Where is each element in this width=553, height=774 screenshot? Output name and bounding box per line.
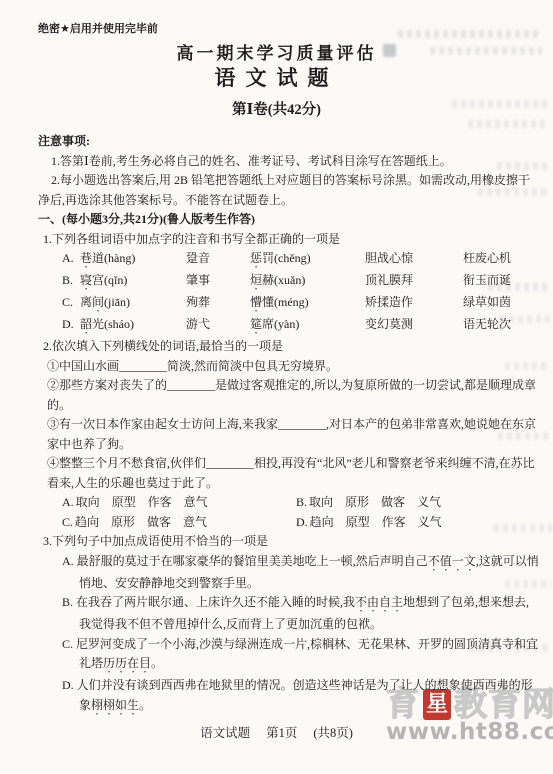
option-label: D. [296, 515, 308, 529]
q1-option-row-a: A. 巷道(hàng) 跫音 惩罚(chěng) 胆战心惊 枉废心机 [62, 249, 539, 271]
q3-stem: 3.下列句子中加点成语使用不恰当的一项是 [43, 532, 539, 552]
q1-option-row-d: D. 韶光(sháo) 游弋 筵席(yàn) 变幻莫测 语无轮次 [62, 315, 539, 337]
footer-doc-title: 语文试题 [200, 726, 250, 740]
q2-option-c: C.趋向 原形 做客 意气 [62, 513, 296, 533]
option-sentence: 人们并没有谈到西西弗在地狱里的情况。创造这些神话是为了让人的想象使西西弗的形象栩… [77, 678, 533, 712]
exam-title: 高一期末学习质量评估 [38, 44, 515, 64]
q1-word: 殉葬 [186, 293, 250, 315]
q1-word: 惩罚(chěng) [250, 249, 365, 271]
option-words: 趋向 原形 做客 意气 [75, 515, 207, 529]
q1-word: 枉废心机 [463, 249, 539, 271]
q1-word: 肇事 [186, 271, 250, 293]
option-label: B. [296, 495, 307, 509]
option-sentence: 在我吞了两片眠尔通、上床许久还不能入睡的时候,我不由自主地想到了包弟,想来想去,… [76, 595, 529, 631]
q1-word: 游弋 [186, 315, 250, 337]
option-sentence: 尼罗河变成了一个小海,沙漠与绿洲连成一片,棕榈林、无花果林、开罗的圆顶清真寺和宜… [76, 637, 538, 671]
q1-word: 矫揉造作 [365, 293, 463, 315]
q1-word: 胆战心惊 [365, 249, 463, 271]
q1-word: 语无轮次 [463, 315, 539, 337]
option-label: A. [62, 554, 74, 568]
q1-option-row-b: B. 寝宫(qǐn) 肇事 烜赫(xuǎn) 顶礼膜拜 衔玉而诞 [62, 271, 539, 293]
q1-word: 懵懂(méng) [250, 293, 365, 315]
q3-option-d: D.人们并没有谈到西西弗在地狱里的情况。创造这些神话是为了让人的想象使西西弗的形… [38, 676, 539, 718]
q1-word: 离间(jiān) [80, 293, 186, 315]
q3-option-c: C.尼罗河变成了一个小海,沙漠与绿洲连成一片,棕榈林、无花果林、开罗的圆顶清真寺… [38, 635, 539, 677]
q2-option-d: D.趋向 原型 作客 义气 [296, 513, 530, 533]
q1-option-row-c: C. 离间(jiān) 殉葬 懵懂(méng) 矫揉造作 绿草如茵 [62, 293, 539, 315]
option-label: B. [62, 595, 73, 609]
footer-page-number: 第1页 [266, 726, 297, 740]
option-words: 取向 原型 作客 意气 [76, 495, 208, 509]
q1-word: 变幻莫测 [365, 315, 463, 337]
q2-option-a: A.取向 原型 作客 意气 [62, 493, 296, 513]
footer-page-total: (共8页) [313, 726, 353, 740]
q1-word: 绿草如茵 [463, 293, 539, 315]
q1-word: 跫音 [186, 249, 250, 271]
q2-stem: 2.依次填入下列横线处的词语,最恰当的一项是 [43, 337, 539, 357]
section-title: 第Ⅰ卷(共42分) [38, 101, 515, 121]
option-sentence: 最舒服的莫过于在哪家豪华的餐馆里美美地吃上一顿,然后声明自己不值一文,这就可以悄… [77, 554, 539, 590]
part1-heading: 一、(每小题3分,共21分)(鲁人版考生作答) [38, 210, 539, 230]
q1-word: 寝宫(qǐn) [80, 271, 186, 293]
option-label: A. [62, 495, 74, 509]
notice-item-1: 1.答第Ⅰ卷前,考生务必将自己的姓名、准考证号、考试科目涂写在答题纸上。 [38, 152, 539, 172]
notice-item-2: 2.每小题选出答案后,用 2B 铅笔把答题纸上对应题目的答案标号涂黑。如需改动,… [38, 171, 539, 210]
security-classification: 绝密★启用并使用完毕前 [38, 20, 539, 40]
option-label: D. [62, 315, 80, 337]
option-label: C. [62, 293, 80, 315]
notice-heading: 注意事项: [38, 132, 539, 152]
option-words: 取向 原形 做客 义气 [309, 495, 441, 509]
q1-word: 筵席(yàn) [250, 315, 365, 337]
q3-option-a: A.最舒服的莫过于在哪家豪华的餐馆里美美地吃上一顿,然后声明自己不值一文,这就可… [38, 552, 539, 594]
q1-word: 烜赫(xuǎn) [250, 271, 365, 293]
option-label: B. [62, 271, 80, 293]
q2-subitem-1: ①中国山水画________简淡,然而简淡中包具无穷境界。 [47, 357, 539, 377]
q2-subitem-2: ②那些方案对丧失了的________是做过客观推定的,所以,为复原所做的一切尝试… [47, 376, 539, 415]
q2-options: A.取向 原型 作客 意气 B.取向 原形 做客 义气 C.趋向 原形 做客 意… [62, 493, 539, 532]
q1-word: 顶礼膜拜 [365, 271, 463, 293]
q1-word: 衔玉而诞 [463, 271, 539, 293]
option-label: A. [62, 249, 80, 271]
q2-option-b: B.取向 原形 做客 义气 [296, 493, 530, 513]
q2-subitem-3: ③有一次日本作家由起女士访问上海,来我家________,对日本产的包弟非常喜欢… [47, 415, 539, 454]
exam-paper-page: 育 星 教 育 网 www.ht88.com 绝密★启用并使用完毕前 高一期末学… [0, 0, 553, 774]
option-words: 趋向 原型 作客 义气 [310, 515, 442, 529]
option-label: C. [62, 637, 73, 651]
q1-stem: 1.下列各组词语中加点字的注音和书写全都正确的一项是 [43, 230, 539, 250]
option-label: D. [62, 678, 74, 692]
q1-word: 韶光(sháo) [80, 315, 186, 337]
page-content: 绝密★启用并使用完毕前 高一期末学习质量评估 语文试题 第Ⅰ卷(共42分) 注意… [0, 0, 553, 743]
option-label: C. [62, 515, 73, 529]
q3-option-b: B.在我吞了两片眠尔通、上床许久还不能入睡的时候,我不由自主地想到了包弟,想来想… [38, 593, 539, 635]
page-footer: 语文试题第1页(共8页) [38, 724, 515, 744]
q2-subitem-4: ④整整三个月不愁食宿,伙伴们________相投,再没有“北风”老儿和警察老爷来… [47, 454, 539, 493]
q1-word: 巷道(hàng) [80, 249, 186, 271]
subject-title: 语文试题 [38, 69, 515, 89]
